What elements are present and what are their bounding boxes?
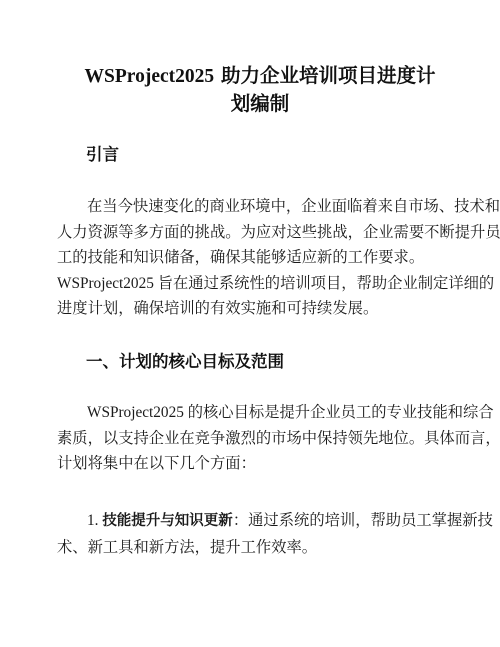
heading-section-1: 一、计划的核心目标及范围 [86, 351, 284, 373]
section-1-line-3: 计划将集中在以下几个方面： [57, 451, 440, 477]
title-cjk: 助力企业培训项目进度计 [214, 64, 435, 87]
title-line-2: 划编制 [60, 90, 460, 117]
section-1-line-2: 素质，以支持企业在竞争激烈的市场中保持领先地位。具体而言， [57, 426, 440, 452]
intro-paragraph: 在当今快速变化的商业环境中，企业面临着来自市场、技术和 人力资源等多方面的挑战。… [57, 194, 440, 322]
document-title: WSProject2025 助力企业培训项目进度计 划编制 [60, 62, 460, 117]
list-item-1: 1. 技能提升与知识更新：通过系统的培训，帮助员工掌握新技 术、新工具和新方法，… [57, 508, 440, 560]
list-item-line-2: 术、新工具和新方法，提升工作效率。 [57, 535, 440, 561]
section-1-line-1: WSProject2025 的核心目标是提升企业员工的专业技能和综合 [57, 400, 440, 426]
list-item-bold-lead: 技能提升与知识更新 [102, 513, 233, 529]
intro-line-2: 人力资源等多方面的挑战。为应对这些挑战，企业需要不断提升员 [57, 220, 440, 246]
intro-line-1: 在当今快速变化的商业环境中，企业面临着来自市场、技术和 [57, 194, 440, 220]
lead-separator: ： [233, 512, 248, 529]
intro-line-3: 工的技能和知识储备，确保其能够适应新的工作要求。 [57, 245, 440, 271]
title-latin: WSProject2025 [85, 66, 215, 87]
intro-line-4: WSProject2025 旨在通过系统性的培训项目，帮助企业制定详细的 [57, 271, 440, 297]
section-1-paragraph: WSProject2025 的核心目标是提升企业员工的专业技能和综合 素质，以支… [57, 400, 440, 477]
document-page: WSProject2025 助力企业培训项目进度计 划编制 引言 在当今快速变化… [0, 0, 500, 647]
heading-introduction: 引言 [86, 144, 119, 166]
list-number: 1. [87, 512, 98, 529]
intro-line-5: 进度计划，确保培训的有效实施和可持续发展。 [57, 296, 440, 322]
list-item-text: 通过系统的培训，帮助员工掌握新技 [248, 512, 493, 529]
